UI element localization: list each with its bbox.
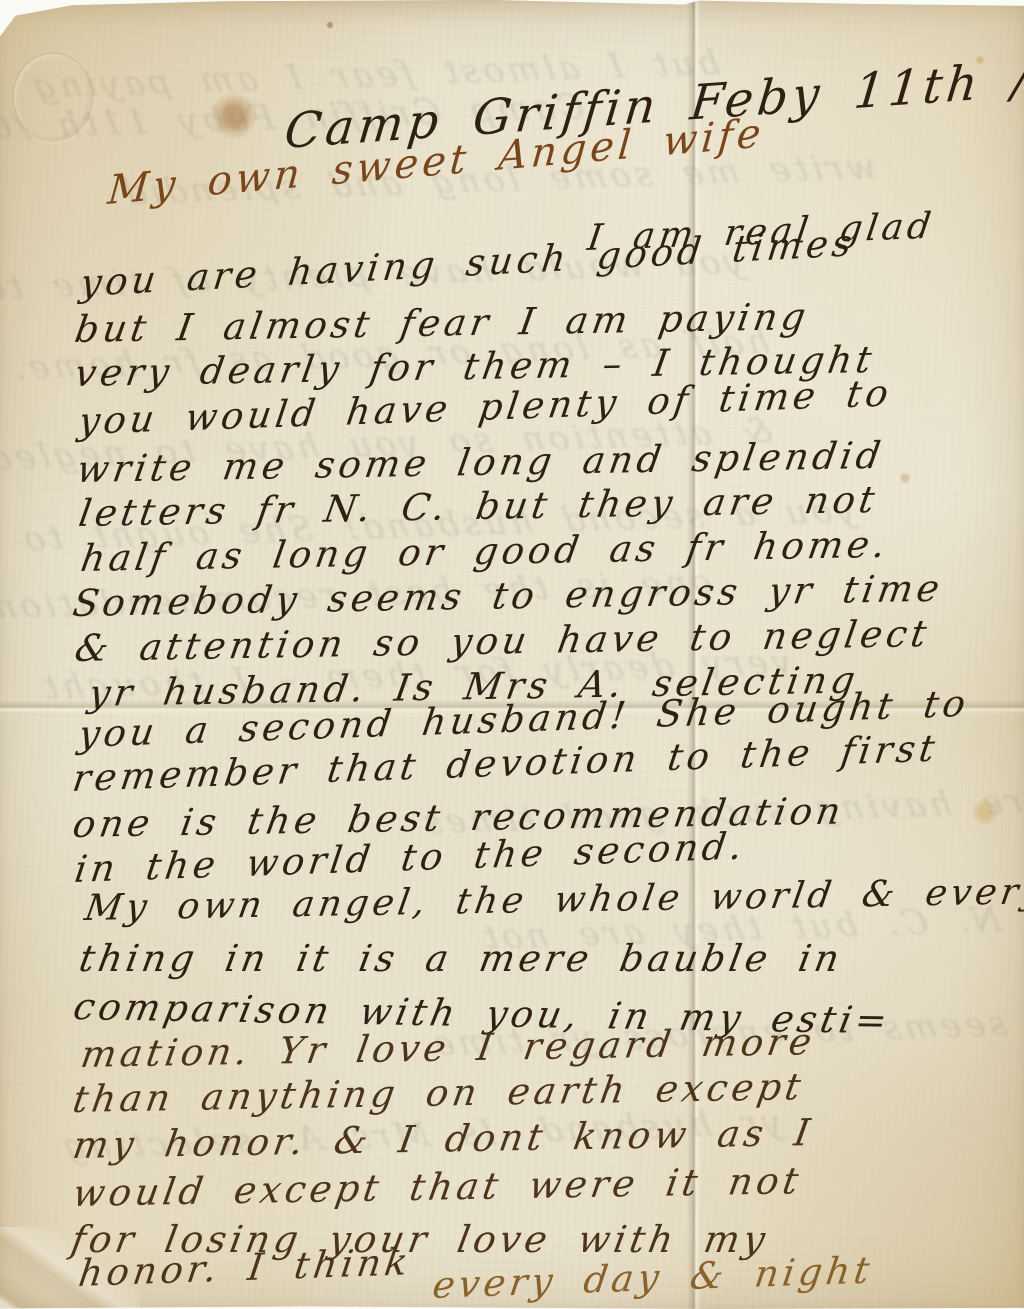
letter-line: you are having such good times [78,221,858,305]
letter-line: thing in it is a mere bauble in [76,937,846,980]
letter-line: my honor. & I dont know as I [70,1111,817,1167]
letter-page: but I almost fear I am payingCamp Griffi… [0,0,1024,1309]
scanned-letter-view: { "letter": { "heading": "Camp Griffin F… [0,0,1024,1309]
